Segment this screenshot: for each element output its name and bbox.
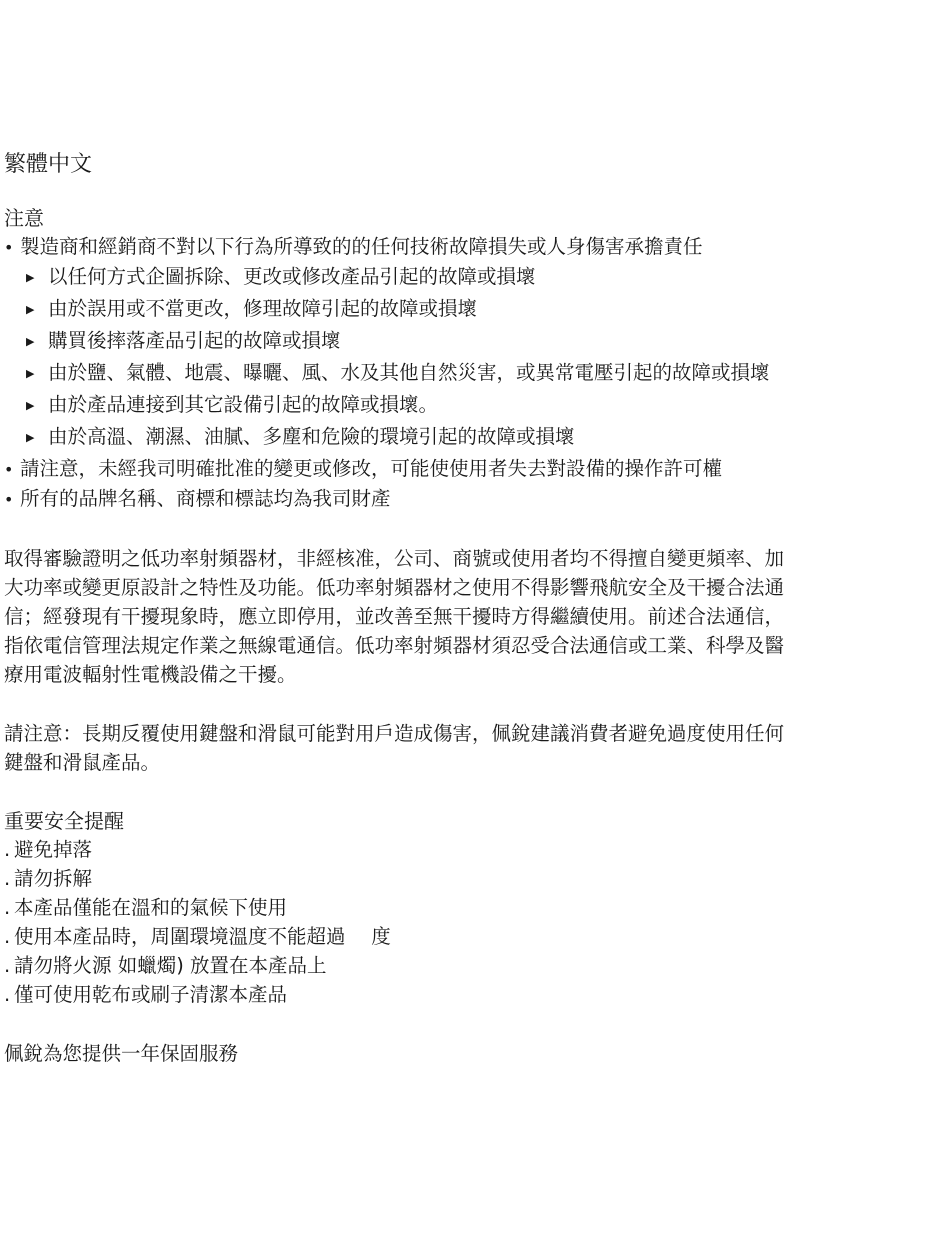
notice-item-text: 製造商和經銷商不對以下行為所導致的的任何技術故障損失或人身傷害承擔責任: [20, 232, 703, 261]
health-notice-paragraph: 請注意：長期反覆使用鍵盤和滑鼠可能對用戶造成傷害，佩銳建議消費者避免過度使用任何…: [4, 719, 944, 777]
spacer: [4, 689, 944, 719]
safety-item-text: 避免掉落: [14, 835, 92, 864]
notice-sub-item-text: 由於鹽、氣體、地震、曝曬、風、水及其他自然災害，或異常電壓引起的故障或損壞: [48, 358, 770, 387]
rf-notice-line: 療用電波輻射性電機設備之干擾。: [4, 660, 944, 689]
rf-notice-paragraph: 取得審驗證明之低功率射頻器材，非經核准，公司、商號或使用者均不得擅自變更頻率、加…: [4, 544, 944, 689]
safety-item: . 請勿將火源 如蠟燭) 放置在本產品上: [4, 951, 944, 980]
warranty-text: 佩銳為您提供一年保固服務: [4, 1039, 944, 1068]
dot-prefix: .: [4, 951, 14, 980]
document-page: 繁體中文 注意 • 製造商和經銷商不對以下行為所導致的的任何技術故障損失或人身傷…: [4, 148, 944, 1068]
rf-notice-line: 指依電信管理法規定作業之無線電通信。低功率射頻器材須忍受合法通信或工業、科學及醫: [4, 631, 944, 660]
triangle-bullet-icon: ▶: [26, 327, 48, 356]
safety-item: . 使用本產品時，周圍環境溫度不能超過 度: [4, 922, 944, 951]
bullet-dot-icon: •: [4, 455, 20, 484]
notice-sub-item-text: 由於高溫、潮濕、油膩、多塵和危險的環境引起的故障或損壞: [48, 422, 575, 451]
notice-sub-item: ▶ 由於高溫、潮濕、油膩、多塵和危險的環境引起的故障或損壞: [4, 422, 944, 454]
safety-item-text: 請勿將火源 如蠟燭) 放置在本產品上: [14, 951, 327, 980]
notice-item-modification: • 請注意，未經我司明確批准的變更或修改，可能使使用者失去對設備的操作許可權: [4, 454, 944, 484]
notice-item-trademarks: • 所有的品牌名稱、商標和標誌均為我司財產: [4, 484, 944, 514]
dot-prefix: .: [4, 864, 14, 893]
spacer: [4, 1009, 944, 1039]
safety-item-text: 請勿拆解: [14, 864, 92, 893]
triangle-bullet-icon: ▶: [26, 263, 48, 292]
dot-prefix: .: [4, 980, 14, 1009]
safety-item: . 避免掉落: [4, 835, 944, 864]
notice-sub-item-text: 以任何方式企圖拆除、更改或修改產品引起的故障或損壞: [48, 262, 536, 291]
spacer: [4, 514, 944, 544]
spacer: [4, 777, 944, 807]
notice-sub-item-text: 購買後摔落產品引起的故障或損壞: [48, 326, 341, 355]
triangle-bullet-icon: ▶: [26, 295, 48, 324]
triangle-bullet-icon: ▶: [26, 423, 48, 452]
notice-sub-item: ▶ 由於鹽、氣體、地震、曝曬、風、水及其他自然災害，或異常電壓引起的故障或損壞: [4, 358, 944, 390]
notice-sub-item-text: 由於誤用或不當更改，修理故障引起的故障或損壞: [48, 294, 477, 323]
safety-section: 重要安全提醒 . 避免掉落 . 請勿拆解 . 本產品僅能在溫和的氣候下使用 . …: [4, 807, 944, 1009]
notice-sub-item: ▶ 以任何方式企圖拆除、更改或修改產品引起的故障或損壞: [4, 262, 944, 294]
notice-sub-item-text: 由於產品連接到其它設備引起的故障或損壞。: [48, 390, 438, 419]
notice-heading: 注意: [4, 204, 944, 232]
dot-prefix: .: [4, 893, 14, 922]
notice-sub-item: ▶ 由於誤用或不當更改，修理故障引起的故障或損壞: [4, 294, 944, 326]
safety-item: . 僅可使用乾布或刷子清潔本產品: [4, 980, 944, 1009]
notice-item-text: 請注意，未經我司明確批准的變更或修改，可能使使用者失去對設備的操作許可權: [20, 454, 722, 483]
dot-prefix: .: [4, 835, 14, 864]
safety-item-text: 使用本產品時，周圍環境溫度不能超過 度: [14, 922, 391, 951]
notice-section: 注意 • 製造商和經銷商不對以下行為所導致的的任何技術故障損失或人身傷害承擔責任…: [4, 204, 944, 514]
health-notice-line: 請注意：長期反覆使用鍵盤和滑鼠可能對用戶造成傷害，佩銳建議消費者避免過度使用任何: [4, 719, 944, 748]
safety-item: . 本產品僅能在溫和的氣候下使用: [4, 893, 944, 922]
notice-sub-item: ▶ 由於產品連接到其它設備引起的故障或損壞。: [4, 390, 944, 422]
rf-notice-line: 取得審驗證明之低功率射頻器材，非經核准，公司、商號或使用者均不得擅自變更頻率、加: [4, 544, 944, 573]
rf-notice-line: 大功率或變更原設計之特性及功能。低功率射頻器材之使用不得影響飛航安全及干擾合法通: [4, 573, 944, 602]
safety-heading: 重要安全提醒: [4, 807, 944, 835]
notice-sub-item: ▶ 購買後摔落產品引起的故障或損壞: [4, 326, 944, 358]
bullet-dot-icon: •: [4, 233, 20, 262]
dot-prefix: .: [4, 922, 14, 951]
notice-item-text: 所有的品牌名稱、商標和標誌均為我司財產: [20, 484, 391, 513]
health-notice-line: 鍵盤和滑鼠產品。: [4, 748, 944, 777]
triangle-bullet-icon: ▶: [26, 391, 48, 420]
safety-item: . 請勿拆解: [4, 864, 944, 893]
safety-item-text: 本產品僅能在溫和的氣候下使用: [14, 893, 287, 922]
notice-item-liability: • 製造商和經銷商不對以下行為所導致的的任何技術故障損失或人身傷害承擔責任: [4, 232, 944, 262]
safety-item-text: 僅可使用乾布或刷子清潔本產品: [14, 980, 287, 1009]
language-title: 繁體中文: [4, 148, 944, 182]
triangle-bullet-icon: ▶: [26, 359, 48, 388]
bullet-dot-icon: •: [4, 485, 20, 514]
rf-notice-line: 信；經發現有干擾現象時，應立即停用，並改善至無干擾時方得繼續使用。前述合法通信，: [4, 602, 944, 631]
